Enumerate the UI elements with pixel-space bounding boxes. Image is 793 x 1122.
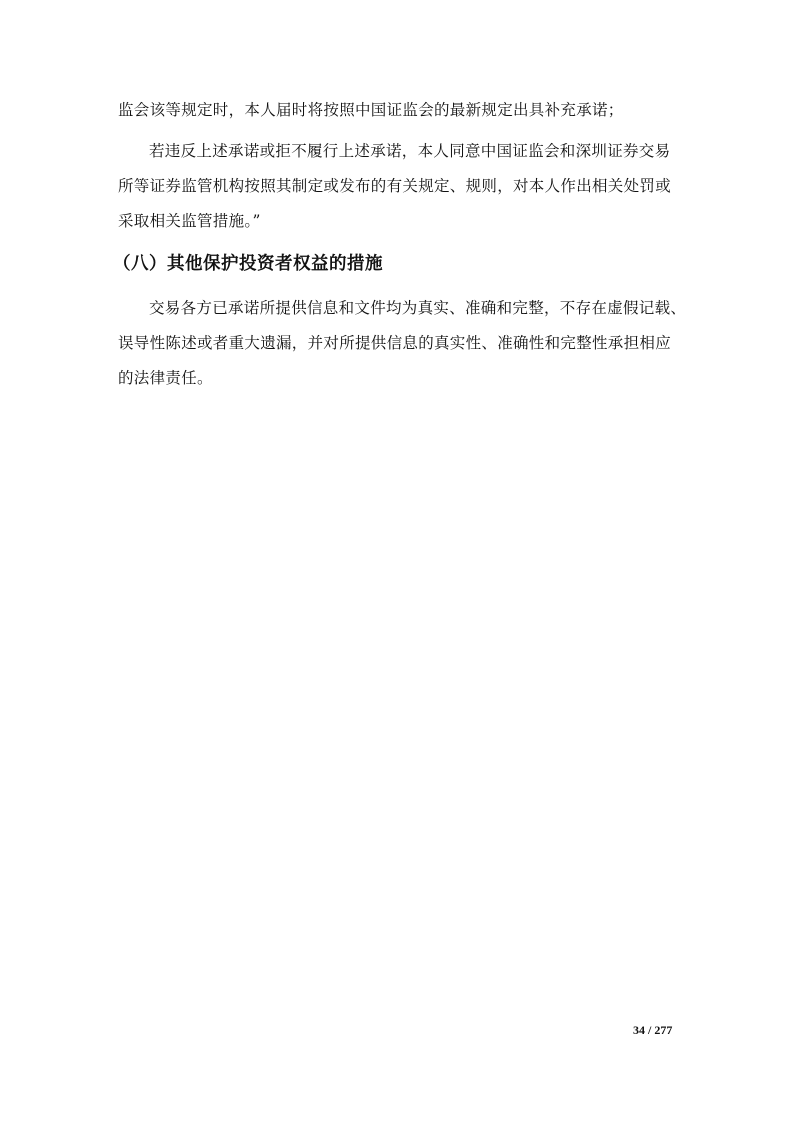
paragraph-3-line-1: 交易各方已承诺所提供信息和文件均为真实、准确和完整，不存在虚假记载、: [149, 296, 686, 318]
paragraph-2-line-3: 采取相关监管措施。”: [118, 209, 261, 231]
paragraph-3-line-3: 的法律责任。: [118, 366, 213, 388]
paragraph-3-line-2: 误导性陈述或者重大遗漏，并对所提供信息的真实性、准确性和完整性承担相应: [118, 331, 671, 353]
section-heading: （八）其他保护投资者权益的措施: [113, 250, 383, 275]
page-number: 34 / 277: [633, 1023, 672, 1038]
document-page: 监会该等规定时，本人届时将按照中国证监会的最新规定出具补充承诺； 若违反上述承诺…: [0, 0, 793, 1122]
paragraph-2-line-1: 若违反上述承诺或拒不履行上述承诺，本人同意中国证监会和深圳证券交易: [149, 139, 670, 161]
paragraph-1-line-1: 监会该等规定时，本人届时将按照中国证监会的最新规定出具补充承诺；: [118, 98, 624, 120]
paragraph-2-line-2: 所等证券监管机构按照其制定或发布的有关规定、规则，对本人作出相关处罚或: [118, 174, 671, 196]
